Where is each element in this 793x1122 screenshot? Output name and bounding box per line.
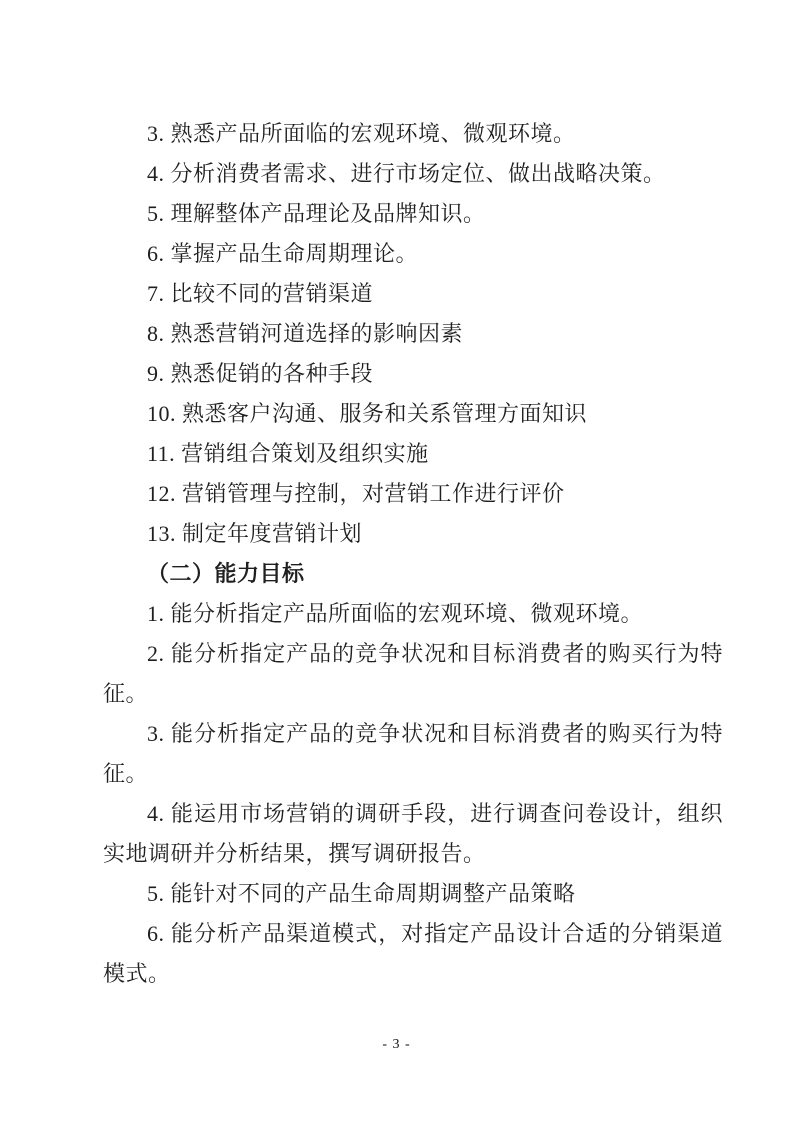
- ability-objective-item-6: 6. 能分析产品渠道模式，对指定产品设计合适的分销渠道模式。: [103, 914, 723, 994]
- knowledge-objective-item-10: 10. 熟悉客户沟通、服务和关系管理方面知识: [103, 394, 723, 434]
- knowledge-objective-item-13: 13. 制定年度营销计划: [103, 514, 723, 554]
- ability-objective-item-3: 3. 能分析指定产品的竞争状况和目标消费者的购买行为特征。: [103, 714, 723, 794]
- knowledge-objective-item-7: 7. 比较不同的营销渠道: [103, 274, 723, 314]
- knowledge-objective-item-8: 8. 熟悉营销河道选择的影响因素: [103, 314, 723, 354]
- ability-objective-item-2: 2. 能分析指定产品的竞争状况和目标消费者的购买行为特征。: [103, 634, 723, 714]
- document-page: 3. 熟悉产品所面临的宏观环境、微观环境。 4. 分析消费者需求、进行市场定位、…: [0, 0, 793, 1122]
- page-number: - 3 -: [0, 1036, 793, 1054]
- knowledge-objective-item-3: 3. 熟悉产品所面临的宏观环境、微观环境。: [103, 114, 723, 154]
- knowledge-objective-item-11: 11. 营销组合策划及组织实施: [103, 434, 723, 474]
- ability-objective-item-4: 4. 能运用市场营销的调研手段，进行调查问卷设计，组织实地调研并分析结果，撰写调…: [103, 794, 723, 874]
- section-heading-ability-objectives: （二）能力目标: [103, 554, 723, 594]
- knowledge-objective-item-4: 4. 分析消费者需求、进行市场定位、做出战略决策。: [103, 154, 723, 194]
- knowledge-objective-item-9: 9. 熟悉促销的各种手段: [103, 354, 723, 394]
- knowledge-objective-item-5: 5. 理解整体产品理论及品牌知识。: [103, 194, 723, 234]
- knowledge-objective-item-12: 12. 营销管理与控制，对营销工作进行评价: [103, 474, 723, 514]
- knowledge-objective-item-6: 6. 掌握产品生命周期理论。: [103, 234, 723, 274]
- page-content: 3. 熟悉产品所面临的宏观环境、微观环境。 4. 分析消费者需求、进行市场定位、…: [0, 0, 793, 994]
- ability-objective-item-5: 5. 能针对不同的产品生命周期调整产品策略: [103, 874, 723, 914]
- ability-objective-item-1: 1. 能分析指定产品所面临的宏观环境、微观环境。: [103, 594, 723, 634]
